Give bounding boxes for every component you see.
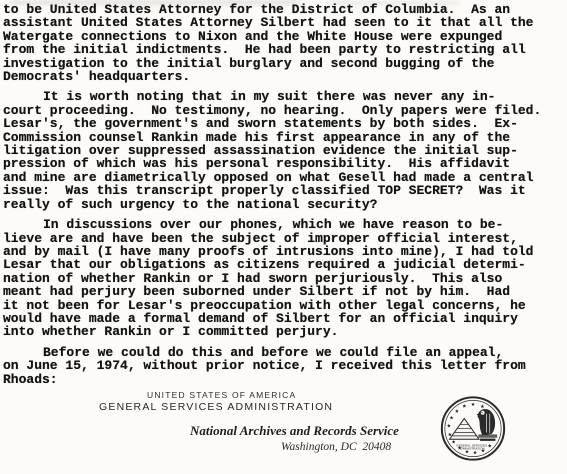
- paragraph-letter-received: Before we could do this and before we co…: [3, 346, 565, 386]
- paragraph-silbert: to be United States Attorney for the Dis…: [3, 3, 565, 83]
- gsa-seal-icon: GENERAL SERVICES ADMINISTRATION: [438, 395, 508, 462]
- seal-caption-line2: ADMINISTRATION: [459, 447, 485, 451]
- document-body: to be United States Attorney for the Dis…: [3, 3, 565, 386]
- letterhead-division: National Archives and Records Service: [190, 423, 399, 439]
- scanned-document-page: to be United States Attorney for the Dis…: [0, 0, 567, 474]
- seal-pyramid: [450, 418, 479, 439]
- paragraph-suit-proceedings: It is worth noting that in my suit there…: [3, 90, 565, 211]
- letterhead-country: UNITED STATES OF AMERICA: [147, 390, 296, 400]
- paragraph-phone-discussions: In discussions over our phones, which we…: [3, 218, 565, 339]
- seal-eagle: [476, 409, 497, 441]
- letterhead-address: Washington, DC 20408: [281, 441, 391, 453]
- letterhead-agency: GENERAL SERVICES ADMINISTRATION: [99, 401, 333, 413]
